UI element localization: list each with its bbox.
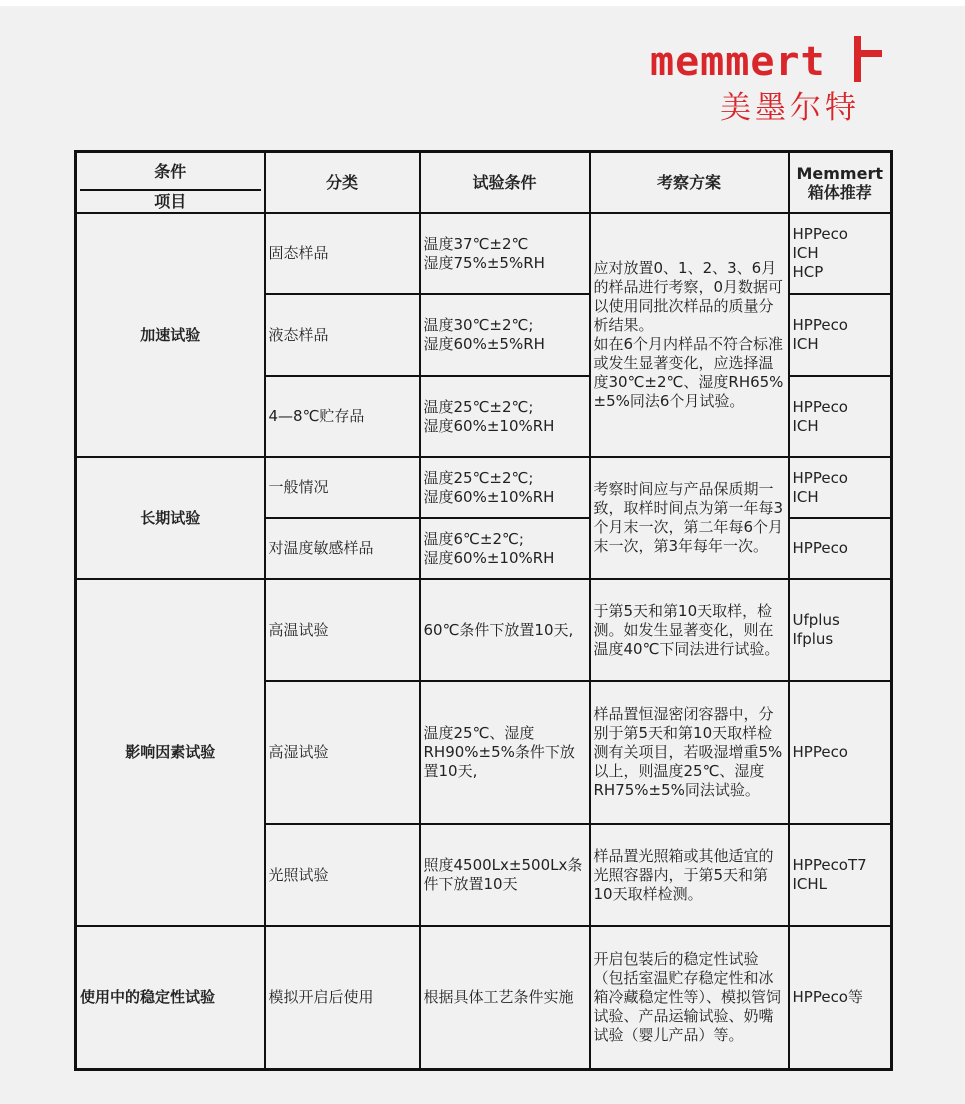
stability-test-table: 条件 项目 分类 试验条件 考察方案 Memmert 箱体推荐 加速试验 固态样… [74, 150, 893, 1071]
category-cell: 模拟开启后使用 [265, 926, 420, 1069]
recommend-cell: HPPecoT7 ICHL [789, 824, 892, 926]
category-cell: 液态样品 [265, 294, 420, 376]
table-row: 使用中的稳定性试验 模拟开启后使用 根据具体工艺条件实施 开启包装后的稳定性试验… [76, 926, 892, 1069]
plan-cell: 于第5天和第10天取样，检测。如发生显著变化，则在温度40℃下同法进行试验。 [590, 579, 789, 681]
category-cell: 一般情况 [265, 457, 420, 518]
recommend-cell: HPPeco [789, 518, 892, 579]
header-condition-item: 条件 项目 [76, 152, 265, 214]
conditions-cell: 60℃条件下放置10天, [420, 579, 590, 681]
header-category: 分类 [265, 152, 420, 214]
recommend-cell: HPPeco ICH HCP [789, 213, 892, 294]
category-cell: 4—8℃贮存品 [265, 376, 420, 457]
top-strip [0, 0, 965, 6]
category-cell: 高湿试验 [265, 681, 420, 824]
header-memmert-line2: 箱体推荐 [793, 183, 888, 202]
conditions-cell: 温度25℃±2℃; 湿度60%±10%RH [420, 457, 590, 518]
logo-t-bar [854, 50, 882, 57]
conditions-cell: 温度30℃±2℃; 湿度60%±5%RH [420, 294, 590, 376]
category-cell: 高温试验 [265, 579, 420, 681]
table-row: 加速试验 固态样品 温度37℃±2℃ 湿度75%±5%RH 应对放置0、1、2、… [76, 213, 892, 294]
table-row: 长期试验 一般情况 温度25℃±2℃; 湿度60%±10%RH 考察时间应与产品… [76, 457, 892, 518]
recommend-cell: Ufplus Ifplus [789, 579, 892, 681]
conditions-cell: 根据具体工艺条件实施 [420, 926, 590, 1069]
recommend-cell: HPPeco [789, 681, 892, 824]
plan-cell: 开启包装后的稳定性试验（包括室温贮存稳定性和冰箱冷藏稳定性等）、模拟管饲试验、产… [590, 926, 789, 1069]
conditions-cell: 照度4500Lx±500Lx条件下放置10天 [420, 824, 590, 926]
header-item: 项目 [80, 191, 261, 212]
conditions-cell: 温度37℃±2℃ 湿度75%±5%RH [420, 213, 590, 294]
group-accelerated: 加速试验 [76, 213, 265, 457]
recommend-cell: HPPeco ICH [789, 457, 892, 518]
plan-cell: 样品置光照箱或其他适宜的光照容器内，于第5天和第10天取样检测。 [590, 824, 789, 926]
header-test-conditions: 试验条件 [420, 152, 590, 214]
plan-cell: 样品置恒湿密闭容器中，分别于第5天和第10天取样检测有关项目，若吸湿增重5%以上… [590, 681, 789, 824]
header-memmert-recommend: Memmert 箱体推荐 [789, 152, 892, 214]
header-row: 条件 项目 分类 试验条件 考察方案 Memmert 箱体推荐 [76, 152, 892, 214]
category-cell: 光照试验 [265, 824, 420, 926]
group-in-use-stability: 使用中的稳定性试验 [76, 926, 265, 1069]
group-long-term: 长期试验 [76, 457, 265, 579]
category-cell: 对温度敏感样品 [265, 518, 420, 579]
logo-t-stem [854, 36, 861, 82]
category-cell: 固态样品 [265, 213, 420, 294]
memmert-logo: memmert 美墨尔特 [650, 34, 882, 130]
conditions-cell: 温度6℃±2℃; 湿度60%±10%RH [420, 518, 590, 579]
plan-cell: 应对放置0、1、2、3、6月的样品进行考察，0月数据可以使用同批次样品的质量分析… [590, 213, 789, 457]
plan-cell: 考察时间应与产品保质期一致，取样时间点为第一年每3个月末一次，第二年每6个月末一… [590, 457, 789, 579]
recommend-cell: HPPeco ICH [789, 294, 892, 376]
header-plan: 考察方案 [590, 152, 789, 214]
logo-wordmark: memmert [650, 42, 826, 82]
table-row: 影响因素试验 高温试验 60℃条件下放置10天, 于第5天和第10天取样，检测。… [76, 579, 892, 681]
header-memmert-line1: Memmert [793, 164, 888, 183]
logo-chinese-name: 美墨尔特 [720, 90, 860, 126]
group-influencing-factors: 影响因素试验 [76, 579, 265, 926]
recommend-cell: HPPeco等 [789, 926, 892, 1069]
conditions-cell: 温度25℃±2℃; 湿度60%±10%RH [420, 376, 590, 457]
recommend-cell: HPPeco ICH [789, 376, 892, 457]
header-condition: 条件 [80, 153, 261, 191]
conditions-cell: 温度25℃、湿度RH90%±5%条件下放置10天, [420, 681, 590, 824]
